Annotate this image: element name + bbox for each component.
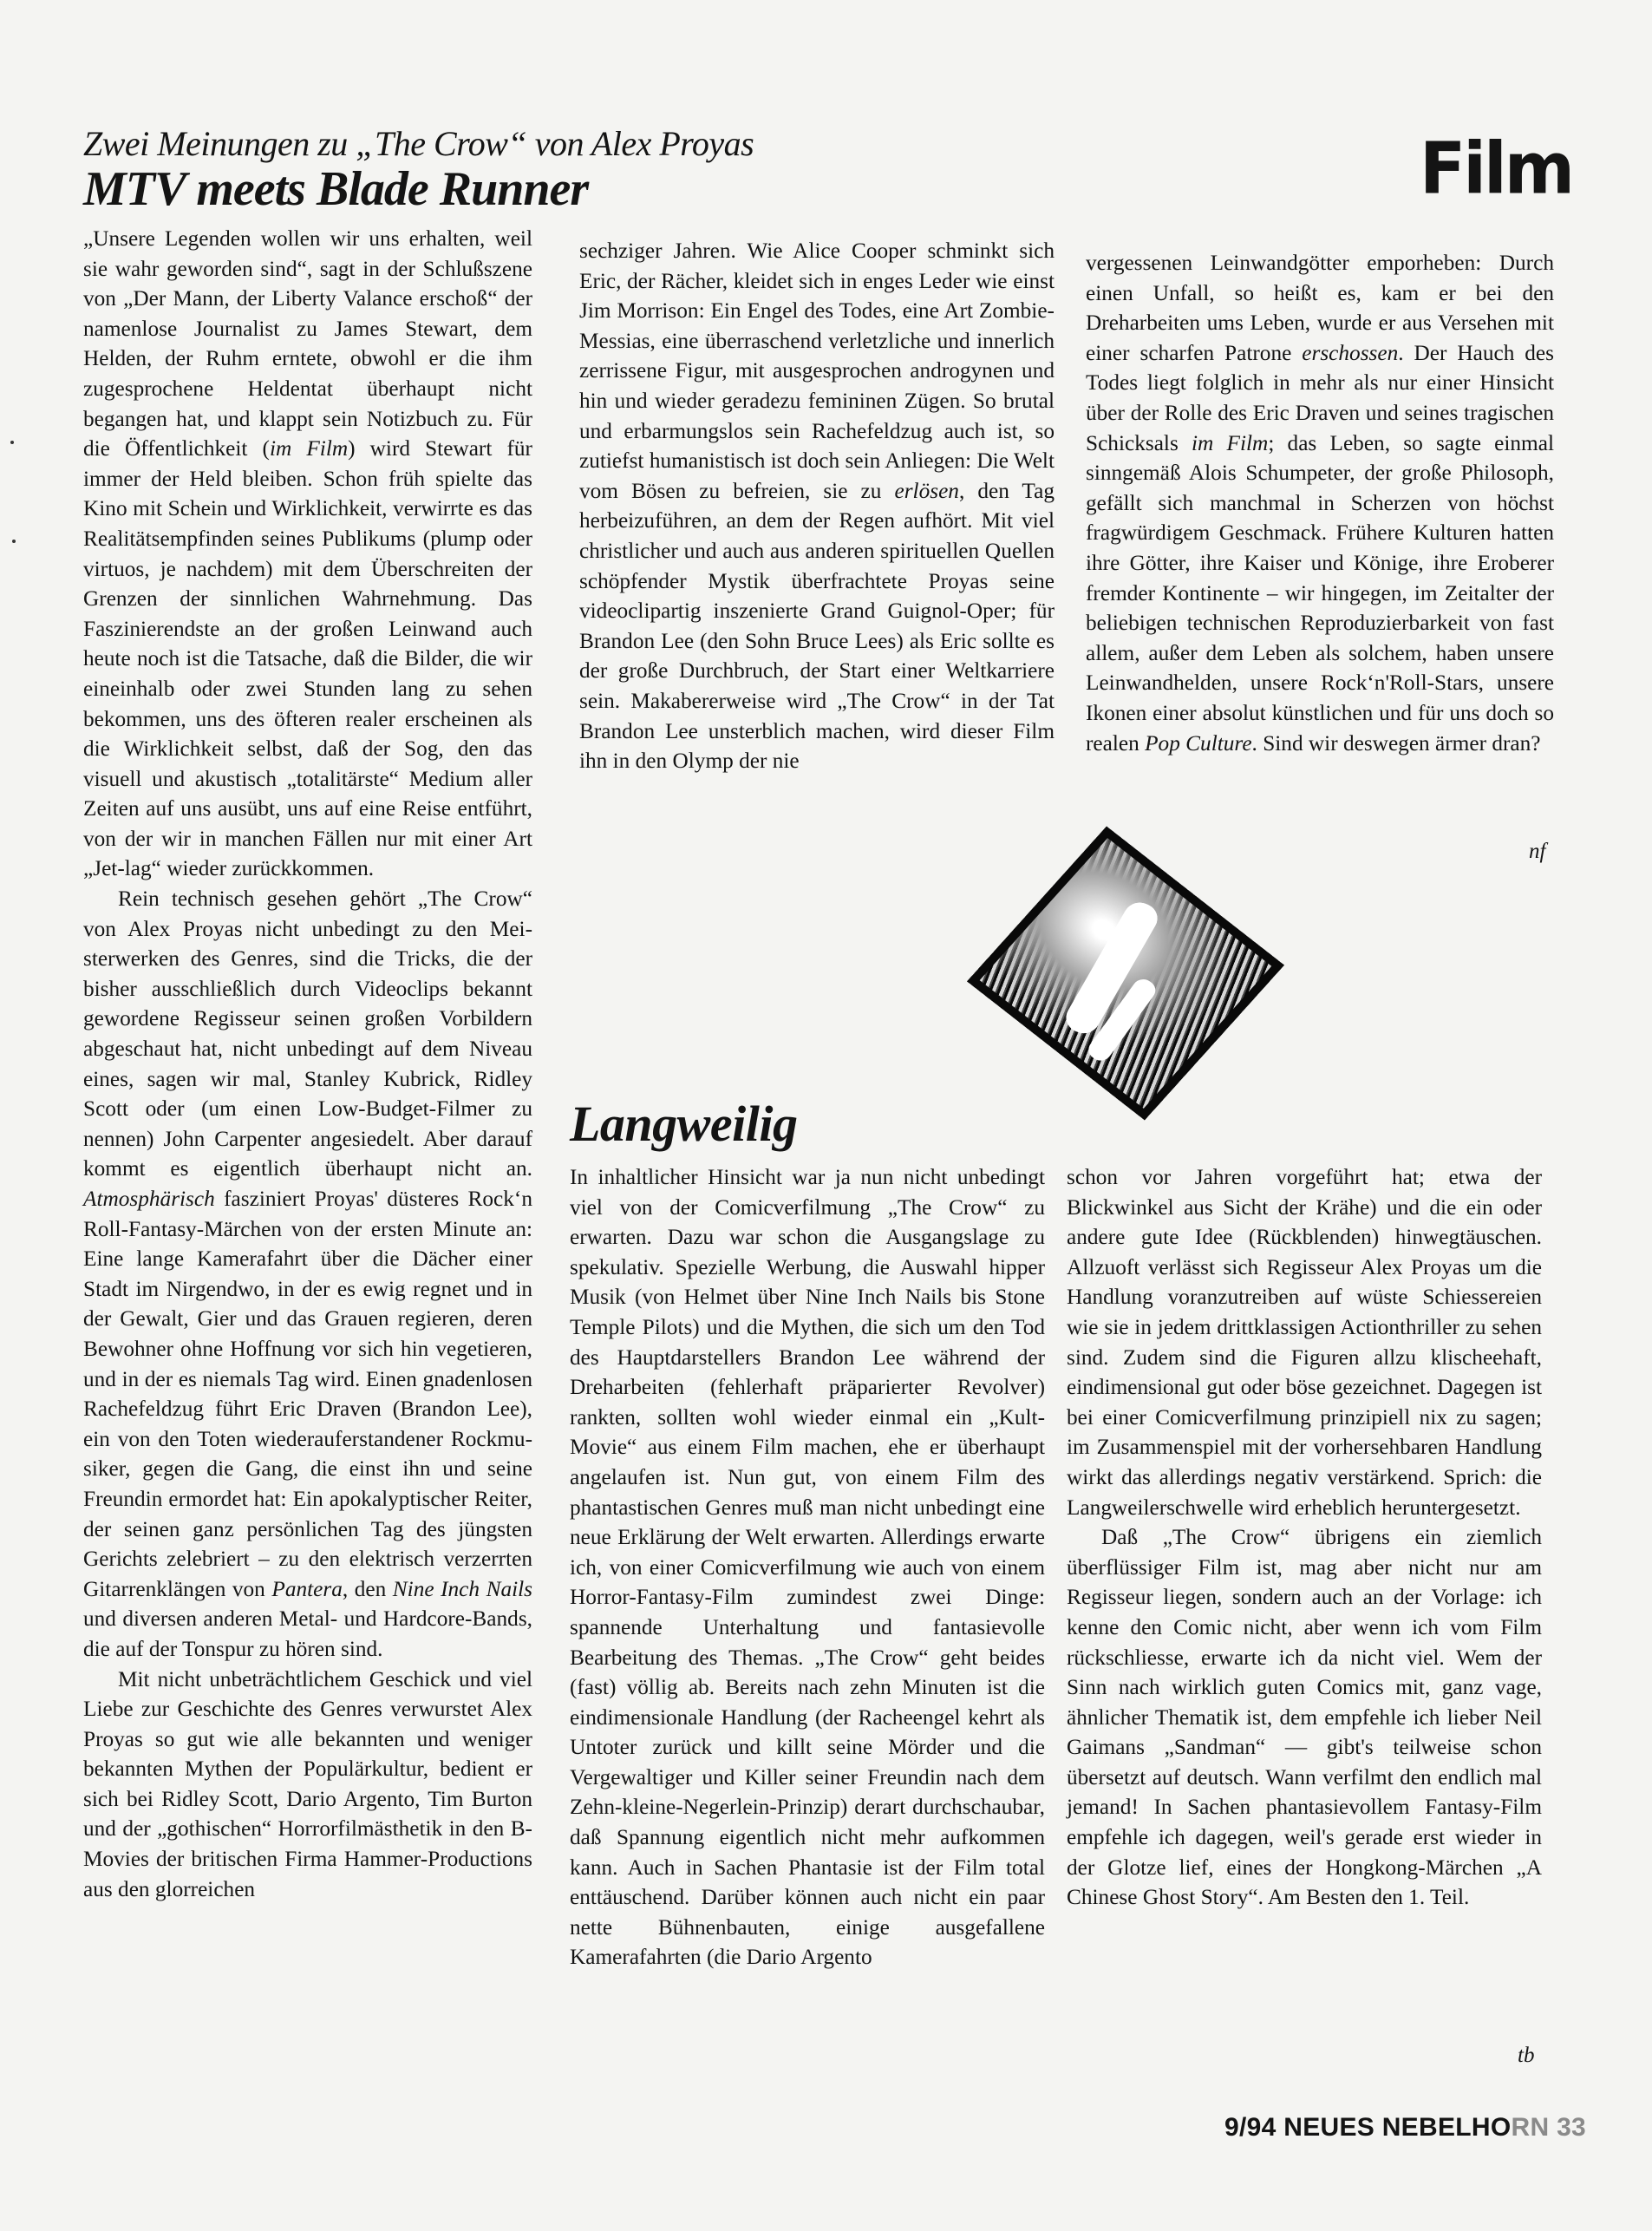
- section-label: Film: [1420, 128, 1572, 211]
- paragraph: Daß „The Crow“ übrigens ein ziemlich übe…: [1067, 1522, 1542, 1913]
- page-footer: 9/94 NEUES NEBELHORN 33: [1224, 2113, 1586, 2143]
- paragraph: „Unsere Legenden wollen wir uns erhalten…: [83, 224, 532, 884]
- paragraph: vergessenen Leinwandgötter emporheben: D…: [1086, 248, 1554, 758]
- magazine-page: Zwei Meinungen zu „The Crow“ von Alex Pr…: [0, 0, 1652, 2231]
- paragraph: Rein technisch gesehen gehört „The Crow“…: [83, 884, 532, 1664]
- author-signature: tb: [1518, 2044, 1534, 2068]
- paragraph: In inhaltlicher Hinsicht war ja nun nich…: [570, 1162, 1045, 1973]
- issue-label: 9/94 NEUES NEBELHO: [1224, 2113, 1512, 2142]
- article-headline: MTV meets Blade Runner: [83, 161, 588, 217]
- paragraph: Mit nicht unbeträchtlichem Geschick und …: [83, 1665, 532, 1905]
- article2-column-2: schon vor Jahren vorgeführt hat; etwa de…: [1067, 1162, 1542, 1913]
- article2-column-1: In inhaltlicher Hinsicht war ja nun nich…: [570, 1162, 1045, 1973]
- author-signature: nf: [1529, 840, 1545, 864]
- article-kicker: Zwei Meinungen zu „The Crow“ von Alex Pr…: [83, 123, 754, 164]
- scan-speck: [10, 441, 14, 444]
- article1-column-2: sechziger Jahren. Wie Alice Cooper schmi…: [579, 236, 1055, 776]
- film-still-image: [967, 827, 1284, 1121]
- article1-column-1: „Unsere Legenden wollen wir uns erhalten…: [83, 224, 532, 1904]
- article2-title: Langweilig: [570, 1095, 797, 1153]
- scan-speck: [12, 540, 16, 543]
- paragraph: schon vor Jahren vorgeführt hat; etwa de…: [1067, 1162, 1542, 1522]
- issue-label-faded: RN 33: [1512, 2113, 1587, 2142]
- paragraph: sechziger Jahren. Wie Alice Cooper schmi…: [579, 236, 1055, 776]
- article1-column-3: vergessenen Leinwandgötter emporheben: D…: [1086, 248, 1554, 758]
